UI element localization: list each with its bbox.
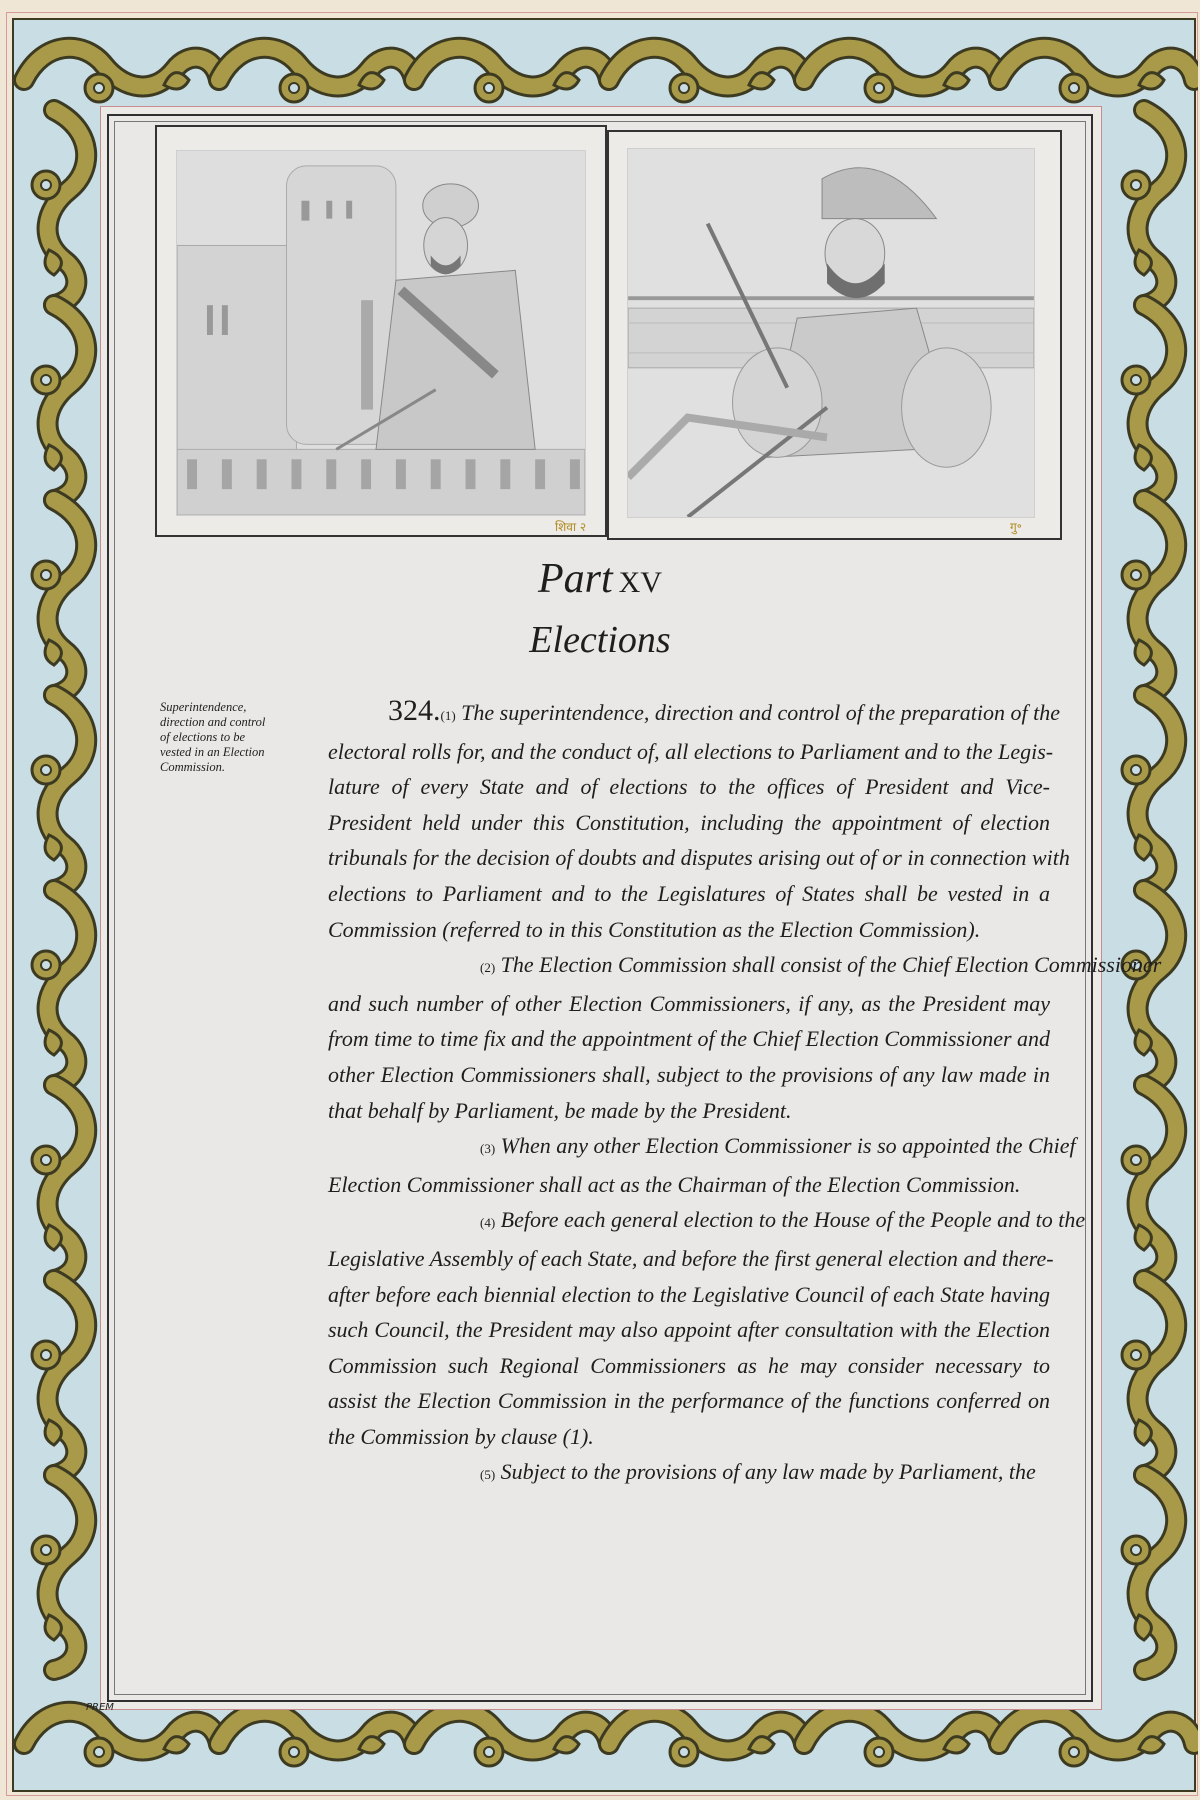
marginal-note-line: vested in an Election xyxy=(160,745,310,760)
illustration-right xyxy=(627,148,1035,518)
clause-label: (2) xyxy=(480,960,495,975)
clause-label: (1) xyxy=(441,708,456,723)
text-line: elections to Parliament and to the Legis… xyxy=(328,876,1050,912)
text-line: (5) Subject to the provisions of any law… xyxy=(328,1454,1050,1493)
article-number: 324. xyxy=(388,694,441,727)
illustration-right-caption: गु॰ xyxy=(1010,518,1022,535)
text-line: tribunals for the decision of doubts and… xyxy=(328,840,1050,876)
text-line: President held under this Constitution, … xyxy=(328,805,1050,841)
text-line: Election Commissioner shall act as the C… xyxy=(328,1167,1050,1203)
seated-ruler-sketch-icon xyxy=(628,149,1034,517)
clause-text: When any other Election Commissioner is … xyxy=(501,1133,1076,1158)
marginal-note-line: Commission. xyxy=(160,760,310,775)
clause-label: (5) xyxy=(480,1467,495,1482)
text-line: lature of every State and of elections t… xyxy=(328,769,1050,805)
article-324-body: 324.(1) The superintendence, direction a… xyxy=(328,693,1050,1493)
text-line: (2) The Election Commission shall consis… xyxy=(328,947,1050,986)
text-line: the Commission by clause (1). xyxy=(328,1419,1050,1455)
part-heading: PartXV xyxy=(0,555,1200,603)
text-line: such Council, the President may also app… xyxy=(328,1312,1050,1348)
marginal-note-line: direction and control xyxy=(160,715,310,730)
part-number: XV xyxy=(619,566,662,599)
illustration-left xyxy=(176,150,586,516)
warrior-at-fort-sketch-icon xyxy=(177,151,585,515)
text-line: after before each biennial election to t… xyxy=(328,1277,1050,1313)
marginal-note: Superintendence, direction and control o… xyxy=(160,700,310,775)
clause-text: Before each general election to the Hous… xyxy=(501,1207,1085,1232)
clause-text: The superintendence, direction and contr… xyxy=(461,700,1060,725)
text-line: Commission (referred to in this Constitu… xyxy=(328,912,1050,948)
text-line: Legislative Assembly of each State, and … xyxy=(328,1241,1050,1277)
text-line: other Election Commissioners shall, subj… xyxy=(328,1057,1050,1093)
clause-text: The Election Commission shall consist of… xyxy=(501,952,1162,977)
text-line: (3) When any other Election Commissioner… xyxy=(328,1128,1050,1167)
artist-signature: PREM xyxy=(86,1702,114,1713)
text-line: from time to time fix and the appointmen… xyxy=(328,1021,1050,1057)
text-line: that behalf by Parliament, be made by th… xyxy=(328,1093,1050,1129)
illustration-left-caption: शिवा २ xyxy=(555,518,586,535)
text-line: (4) Before each general election to the … xyxy=(328,1202,1050,1241)
text-line: electoral rolls for, and the conduct of,… xyxy=(328,734,1050,770)
clause-text: Subject to the provisions of any law mad… xyxy=(501,1459,1036,1484)
clause-label: (3) xyxy=(480,1141,495,1156)
text-line: 324.(1) The superintendence, direction a… xyxy=(328,693,1050,734)
section-heading: Elections xyxy=(0,618,1200,662)
part-label: Part xyxy=(538,556,613,602)
text-line: Commission such Regional Commissioners a… xyxy=(328,1348,1050,1384)
text-line: and such number of other Election Commis… xyxy=(328,986,1050,1022)
text-line: assist the Election Commission in the pe… xyxy=(328,1383,1050,1419)
marginal-note-line: of elections to be xyxy=(160,730,310,745)
clause-label: (4) xyxy=(480,1215,495,1230)
marginal-note-line: Superintendence, xyxy=(160,700,310,715)
